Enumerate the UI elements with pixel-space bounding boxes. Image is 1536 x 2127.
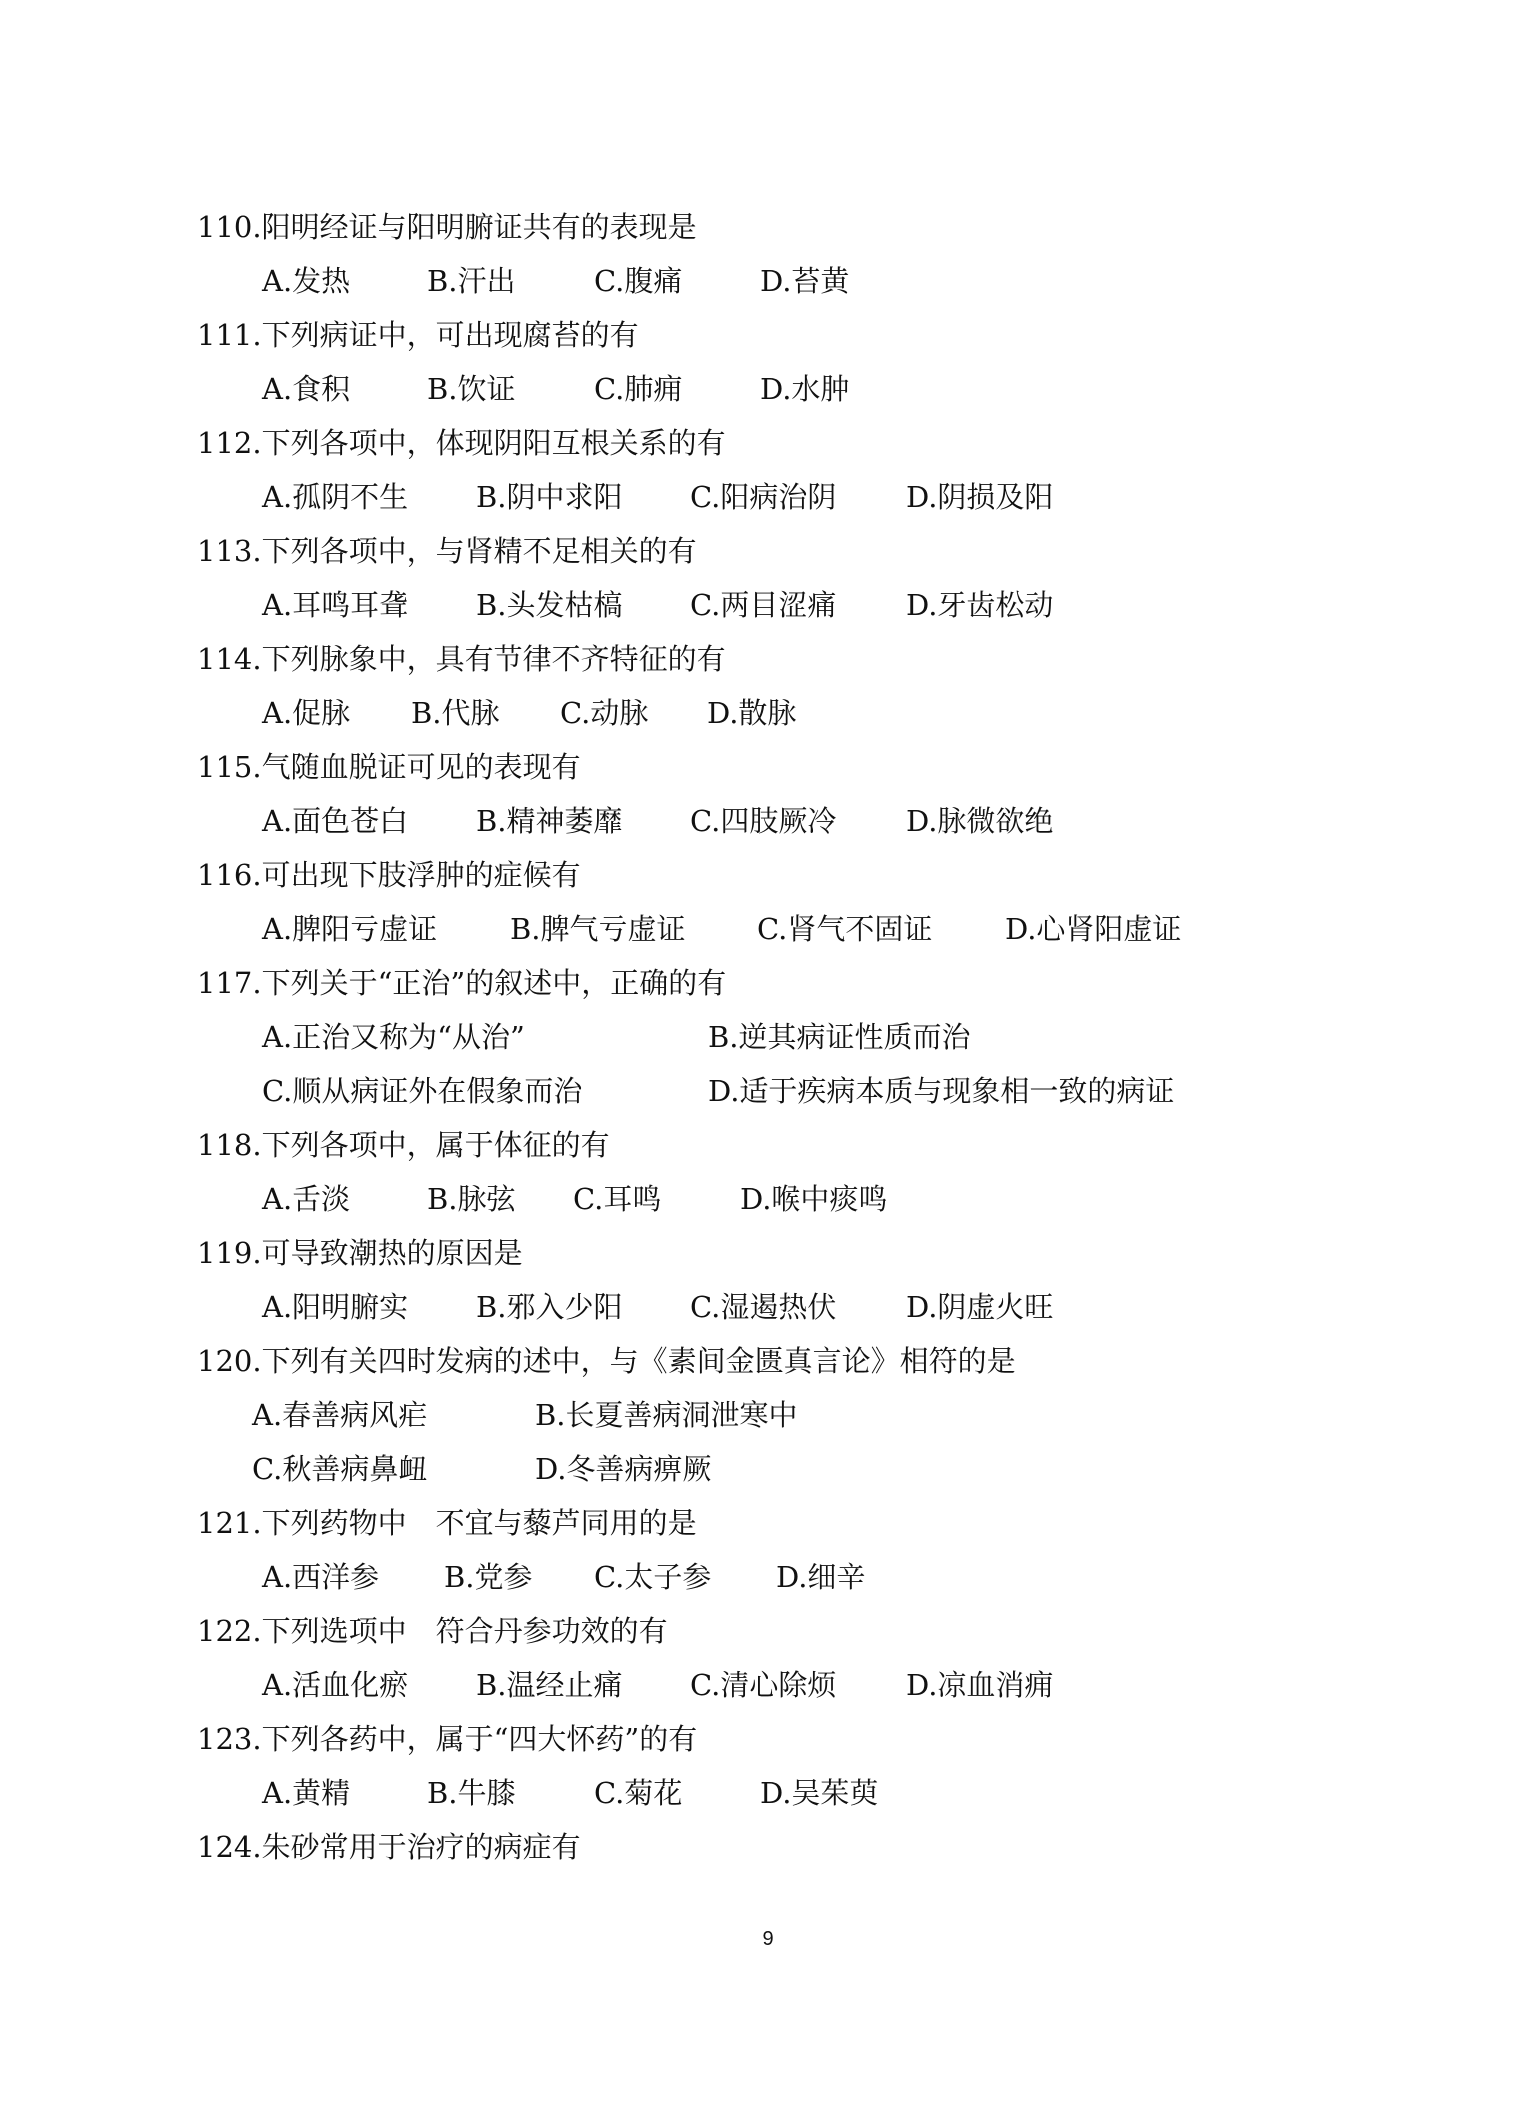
option-a: A.面色苍白 [262,803,408,839]
question-text: 下列有关四时发病的述中，与《素间金匮真言论》相符的是 [262,1344,1016,1378]
option-c: C.清心除烦 [690,1667,836,1703]
option-b: B.汗出 [427,263,516,299]
option-d: D.喉中痰鸣 [740,1181,887,1217]
question-114-stem: 114.下列脉象中，具有节律不齐特征的有 [197,641,726,677]
option-a: A.春善病风疟 [252,1397,427,1433]
question-number: 124. [197,1830,262,1864]
option-a: A.孤阴不生 [262,479,408,515]
option-d: D.吴茱萸 [760,1775,878,1811]
question-text: 阳明经证与阳明腑证共有的表现是 [262,210,697,244]
question-text: 可导致潮热的原因是 [262,1236,523,1270]
option-b: B.阴中求阳 [476,479,623,515]
question-124-stem: 124.朱砂常用于治疗的病症有 [197,1829,581,1865]
option-d: D.心肾阳虚证 [1005,911,1181,947]
question-123-stem: 123.下列各药中，属于“四大怀药”的有 [197,1721,697,1757]
question-111-stem: 111.下列病证中，可出现腐苔的有 [197,317,639,353]
question-number: 120. [197,1344,262,1378]
question-118-stem: 118.下列各项中，属于体征的有 [197,1127,610,1163]
question-number: 122. [197,1614,262,1648]
option-b: B.牛膝 [427,1775,516,1811]
exam-page: 110.阳明经证与阳明腑证共有的表现是 A.发热 B.汗出 C.腹痛 D.苔黄 … [0,0,1536,2127]
option-b: B.精神萎靡 [476,803,623,839]
option-d: D.适于疾病本质与现象相一致的病证 [708,1073,1174,1109]
question-text: 可出现下肢浮肿的症候有 [262,858,581,892]
option-b: B.温经止痛 [476,1667,623,1703]
option-c: C.阳病治阴 [690,479,836,515]
option-d: D.细辛 [776,1559,865,1595]
question-121-stem: 121.下列药物中 不宜与藜芦同用的是 [197,1505,697,1541]
option-d: D.苔黄 [760,263,849,299]
question-117-stem: 117.下列关于“正治”的叙述中，正确的有 [197,965,726,1001]
option-b: B.代脉 [411,695,500,731]
option-a: A.发热 [262,263,350,299]
option-a: A.耳鸣耳聋 [262,587,408,623]
option-a: A.食积 [262,371,350,407]
question-text: 朱砂常用于治疗的病症有 [262,1830,581,1864]
question-number: 113. [197,534,262,568]
option-b: B.脉弦 [427,1181,516,1217]
option-a: A.阳明腑实 [262,1289,408,1325]
question-116-stem: 116.可出现下肢浮肿的症候有 [197,857,581,893]
option-c: C.秋善病鼻衄 [252,1451,427,1487]
option-c: C.菊花 [594,1775,682,1811]
question-text: 下列关于“正治”的叙述中，正确的有 [262,966,727,1000]
option-d: D.阴损及阳 [906,479,1053,515]
option-c: C.动脉 [560,695,648,731]
option-c: C.肾气不固证 [757,911,932,947]
option-b: B.逆其病证性质而治 [708,1019,971,1055]
option-c: C.耳鸣 [573,1181,661,1217]
option-c: C.腹痛 [594,263,682,299]
question-text: 下列各项中，体现阴阳互根关系的有 [262,426,726,460]
option-d: D.脉微欲绝 [906,803,1053,839]
question-115-stem: 115.气随血脱证可见的表现有 [197,749,581,785]
option-b: B.头发枯槁 [476,587,623,623]
question-text: 下列各项中，属于体征的有 [262,1128,610,1162]
option-c: C.太子参 [594,1559,711,1595]
question-110-stem: 110.阳明经证与阳明腑证共有的表现是 [197,209,697,245]
question-text: 下列病证中，可出现腐苔的有 [262,318,639,352]
option-b: B.长夏善病洞泄寒中 [535,1397,798,1433]
question-text: 下列选项中 符合丹参功效的有 [262,1614,668,1648]
question-number: 110. [197,210,262,244]
option-b: B.饮证 [427,371,516,407]
question-text: 气随血脱证可见的表现有 [262,750,581,784]
option-a: A.正治又称为“从治” [262,1019,525,1055]
option-c: C.湿遏热伏 [690,1289,836,1325]
question-text: 下列脉象中，具有节律不齐特征的有 [262,642,726,676]
page-number: 9 [0,1928,1536,1951]
option-a: A.黄精 [262,1775,350,1811]
question-text: 下列各药中，属于“四大怀药”的有 [262,1722,698,1756]
option-b: B.邪入少阳 [476,1289,623,1325]
question-112-stem: 112.下列各项中，体现阴阳互根关系的有 [197,425,726,461]
question-119-stem: 119.可导致潮热的原因是 [197,1235,523,1271]
option-a: A.促脉 [262,695,350,731]
question-120-stem: 120.下列有关四时发病的述中，与《素间金匮真言论》相符的是 [197,1343,1016,1379]
option-c: C.四肢厥冷 [690,803,836,839]
option-c: C.顺从病证外在假象而治 [262,1073,582,1109]
option-d: D.阴虚火旺 [906,1289,1053,1325]
question-number: 121. [197,1506,262,1540]
option-d: D.散脉 [707,695,796,731]
question-number: 115. [197,750,262,784]
question-number: 123. [197,1722,262,1756]
question-text: 下列各项中，与肾精不足相关的有 [262,534,697,568]
question-122-stem: 122.下列选项中 符合丹参功效的有 [197,1613,668,1649]
question-text: 下列药物中 不宜与藜芦同用的是 [262,1506,697,1540]
question-number: 117. [197,966,262,1000]
question-number: 116. [197,858,262,892]
question-number: 114. [197,642,262,676]
option-d: D.牙齿松动 [906,587,1053,623]
option-b: B.党参 [444,1559,533,1595]
option-a: A.活血化瘀 [262,1667,408,1703]
question-number: 118. [197,1128,262,1162]
option-a: A.西洋参 [262,1559,379,1595]
question-number: 112. [197,426,262,460]
option-d: D.水肿 [760,371,849,407]
question-113-stem: 113.下列各项中，与肾精不足相关的有 [197,533,697,569]
option-a: A.脾阳亏虚证 [262,911,437,947]
option-d: D.凉血消痈 [906,1667,1053,1703]
option-b: B.脾气亏虚证 [510,911,686,947]
option-d: D.冬善病痹厥 [535,1451,711,1487]
option-c: C.肺痈 [594,371,682,407]
question-number: 111. [197,318,262,352]
question-number: 119. [197,1236,262,1270]
option-c: C.两目涩痛 [690,587,836,623]
option-a: A.舌淡 [262,1181,350,1217]
